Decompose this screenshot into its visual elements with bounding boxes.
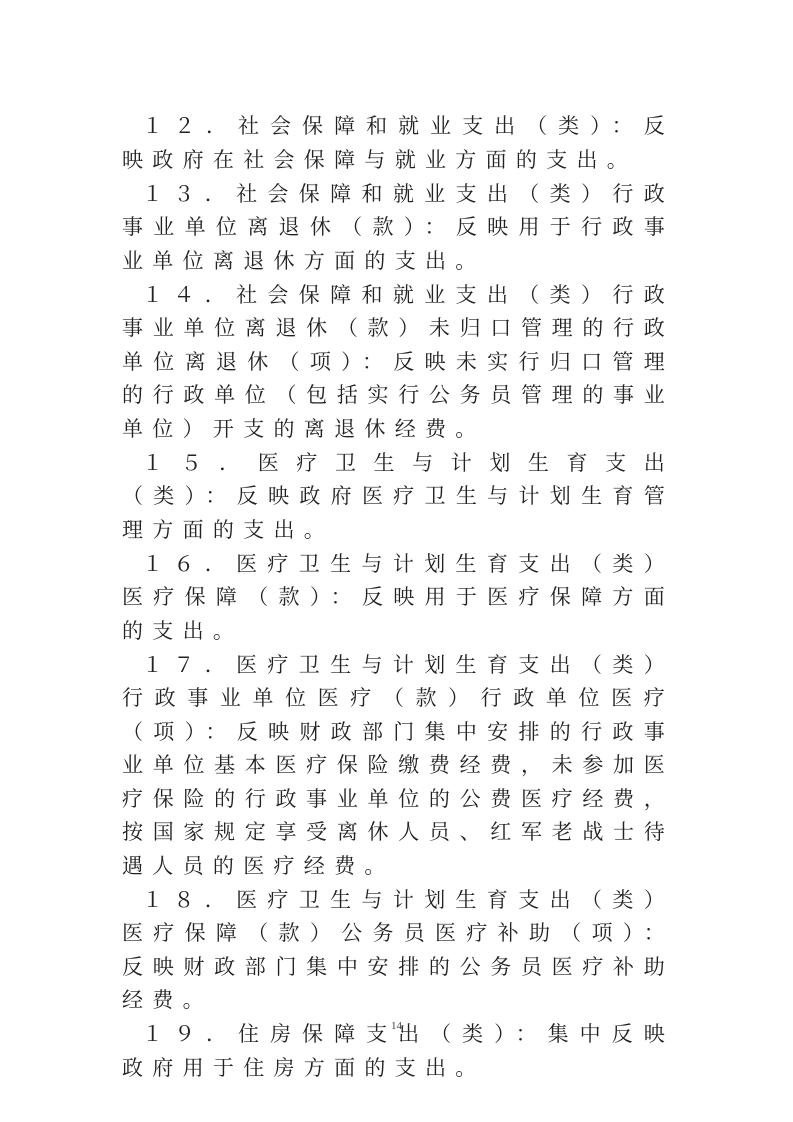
page-number: 14 <box>0 1020 793 1032</box>
paragraph-item-13: １３．社会保障和就业支出（类）行政事业单位离退休（款）：反映用于行政事业单位离退… <box>122 178 674 279</box>
document-page: １２．社会保障和就业支出（类）：反映政府在社会保障与就业方面的支出。 １３．社会… <box>0 0 793 1122</box>
paragraph-item-14: １４．社会保障和就业支出（类）行政事业单位离退休（款）未归口管理的行政单位离退休… <box>122 279 674 447</box>
paragraph-item-15: １５．医疗卫生与计划生育支出（类）：反映政府医疗卫生与计划生育管理方面的支出。 <box>122 447 674 548</box>
paragraph-item-18: １８．医疗卫生与计划生育支出（类）医疗保障（款）公务员医疗补助（项）：反映财政部… <box>122 884 674 1018</box>
paragraph-item-12: １２．社会保障和就业支出（类）：反映政府在社会保障与就业方面的支出。 <box>122 110 674 177</box>
document-body: １２．社会保障和就业支出（类）：反映政府在社会保障与就业方面的支出。 １３．社会… <box>122 110 674 1086</box>
paragraph-item-16: １６．医疗卫生与计划生育支出（类）医疗保障（款）：反映用于医疗保障方面的支出。 <box>122 548 674 649</box>
paragraph-item-17: １７．医疗卫生与计划生育支出（类）行政事业单位医疗（款）行政单位医疗（项）：反映… <box>122 649 674 884</box>
